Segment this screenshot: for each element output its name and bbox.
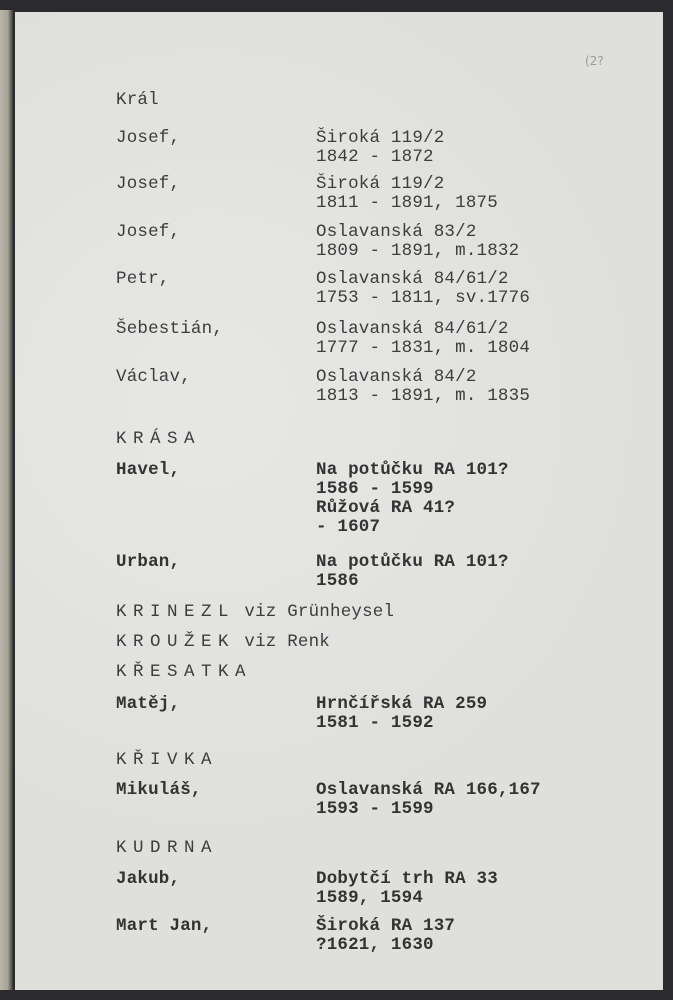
address-line: Hrnčířská RA 259 (316, 694, 487, 714)
person-name: Josef, (116, 174, 180, 194)
address-line: Dobytčí trh RA 33 (316, 869, 498, 889)
book-binding-edge (0, 10, 13, 990)
dates-line: 1589, 1594 (316, 888, 423, 908)
dates-line: 1593 - 1599 (316, 799, 434, 819)
address-line: Oslavanská 84/61/2 (316, 269, 509, 289)
dates-line: 1809 - 1891, m.1832 (316, 241, 519, 261)
person-name: Šebestián, (116, 319, 223, 339)
address-line: Oslavanská 84/61/2 (316, 319, 509, 339)
person-name: Urban, (116, 552, 180, 572)
address-line: Oslavanská 83/2 (316, 222, 477, 242)
address-line: Široká RA 137 (316, 916, 455, 936)
dates-line: - 1607 (316, 517, 380, 537)
address-line: Široká 119/2 (316, 174, 444, 194)
dates-line: 1777 - 1831, m. 1804 (316, 338, 530, 358)
surname-heading: KRINEZL (116, 602, 235, 622)
person-name: Mikuláš, (116, 780, 202, 800)
dates-line: ?1621, 1630 (316, 935, 434, 955)
dates-line: 1842 - 1872 (316, 147, 434, 167)
page-number: (2? (585, 54, 604, 68)
cross-reference: viz Renk (244, 632, 330, 652)
dates-line: 1813 - 1891, m. 1835 (316, 386, 530, 406)
surname-heading: KŘESATKA (116, 662, 252, 682)
typewritten-page: (2? Král Josef,Široká 119/21842 - 1872Jo… (15, 12, 663, 990)
dates-line: 1586 (316, 571, 359, 591)
address-line: Na potůčku RA 101? (316, 460, 509, 480)
dates-line: 1586 - 1599 (316, 479, 434, 499)
person-name: Václav, (116, 367, 191, 387)
person-name: Jakub, (116, 869, 180, 889)
surname-heading: KUDRNA (116, 838, 218, 858)
surname-heading: KRÁSA (116, 429, 201, 449)
person-name: Josef, (116, 222, 180, 242)
person-name: Josef, (116, 128, 180, 148)
person-name: Matěj, (116, 694, 180, 714)
address-line: Oslavanská 84/2 (316, 367, 477, 387)
person-name: Havel, (116, 460, 180, 480)
person-name: Petr, (116, 269, 170, 289)
address-line: Oslavanská RA 166,167 (316, 780, 541, 800)
dates-line: 1753 - 1811, sv.1776 (316, 288, 530, 308)
surname-heading: KROUŽEK (116, 632, 235, 652)
address-line: Široká 119/2 (316, 128, 444, 148)
address-line: Na potůčku RA 101? (316, 552, 509, 572)
address-line: Růžová RA 41? (316, 498, 455, 518)
cross-reference: viz Grünheysel (244, 602, 394, 622)
dates-line: 1581 - 1592 (316, 713, 434, 733)
surname-heading: KŘIVKA (116, 750, 218, 770)
person-name: Mart Jan, (116, 916, 212, 936)
dates-line: 1811 - 1891, 1875 (316, 193, 498, 213)
surname-title: Král (116, 90, 159, 110)
